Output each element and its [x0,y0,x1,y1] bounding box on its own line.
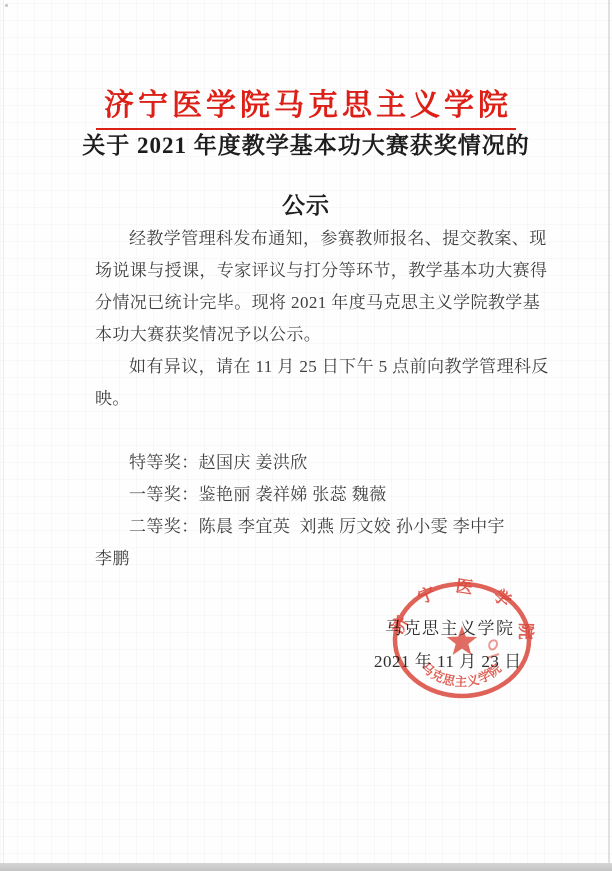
doc-title-line1: 关于 2021 年度教学基本功大赛获奖情况的 [82,133,530,158]
body-line: 如有异议，请在 11 月 25 日下午 5 点前向教学管理科反 [95,351,549,383]
scan-artifact-dot [5,4,8,7]
official-seal: 济宁医学院 马克思主义学院 [389,578,535,704]
page-right-edge [608,0,610,863]
page-left-edge [3,0,4,863]
body-line: 本功大赛获奖情况予以公示。 [95,319,549,351]
doc-title-line2: 公示 [282,193,330,218]
award-line-special-prize: 特等奖：赵国庆 姜洪欣 [95,447,549,479]
org-title: 济宁医学院马克思主义学院 [0,80,612,130]
seal-inner-mark [487,640,499,658]
award-line-second-prize-wrap: 李鹏 [95,543,549,575]
scanned-notice-page: 济宁医学院马克思主义学院 关于 2021 年度教学基本功大赛获奖情况的 公示 经… [0,0,612,871]
body-line: 场说课与授课，专家评议与打分等环节，教学基本功大赛得 [95,255,549,287]
blank-line [95,415,549,447]
seal-star-icon [447,626,477,655]
page-bottom-edge [0,863,612,871]
body-line: 分情况已统计完毕。现将 2021 年度马克思主义学院教学基 [95,287,549,319]
award-line-second-prize: 二等奖：陈晨 李宜英 刘燕 厉文姣 孙小雯 李中宇 [95,511,549,543]
body-line: 映。 [95,383,549,415]
award-line-first-prize: 一等奖：鉴艳丽 袭祥娣 张蕊 魏薇 [95,479,549,511]
doc-title: 关于 2021 年度教学基本功大赛获奖情况的 公示 [40,131,572,221]
org-title-text: 济宁医学院马克思主义学院 [96,80,516,130]
body-line: 经教学管理科发布通知，参赛教师报名、提交教案、现 [95,223,549,255]
notice-body: 经教学管理科发布通知，参赛教师报名、提交教案、现 场说课与授课，专家评议与打分等… [95,223,549,575]
seal-bottom-text: 马克思主义学院 [418,659,504,689]
